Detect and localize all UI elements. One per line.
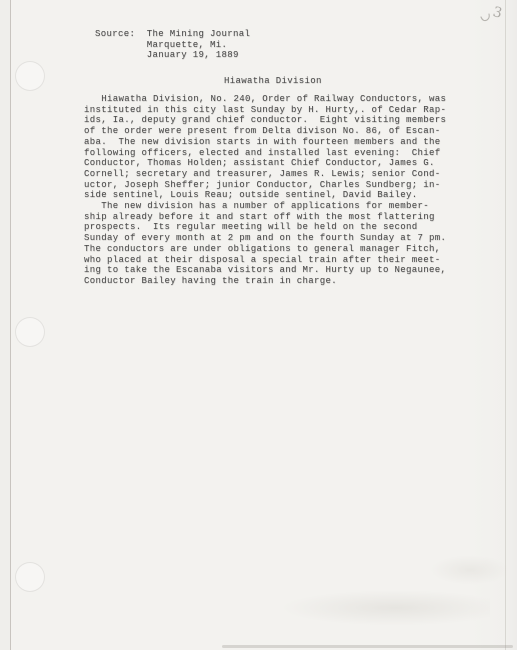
- article-title: Hiawatha Division: [224, 76, 322, 87]
- page-right-edge: [505, 0, 506, 650]
- pencil-annotation: 3: [478, 4, 512, 34]
- page-left-edge: [10, 0, 11, 650]
- source-citation: Source: The Mining Journal Marquette, Mi…: [95, 29, 250, 61]
- hole-punch: [15, 61, 45, 91]
- article-body: Hiawatha Division, No. 240, Order of Rai…: [84, 94, 446, 287]
- hole-punch: [15, 562, 45, 592]
- page-bottom-edge: [222, 645, 513, 648]
- hole-punch: [15, 317, 45, 347]
